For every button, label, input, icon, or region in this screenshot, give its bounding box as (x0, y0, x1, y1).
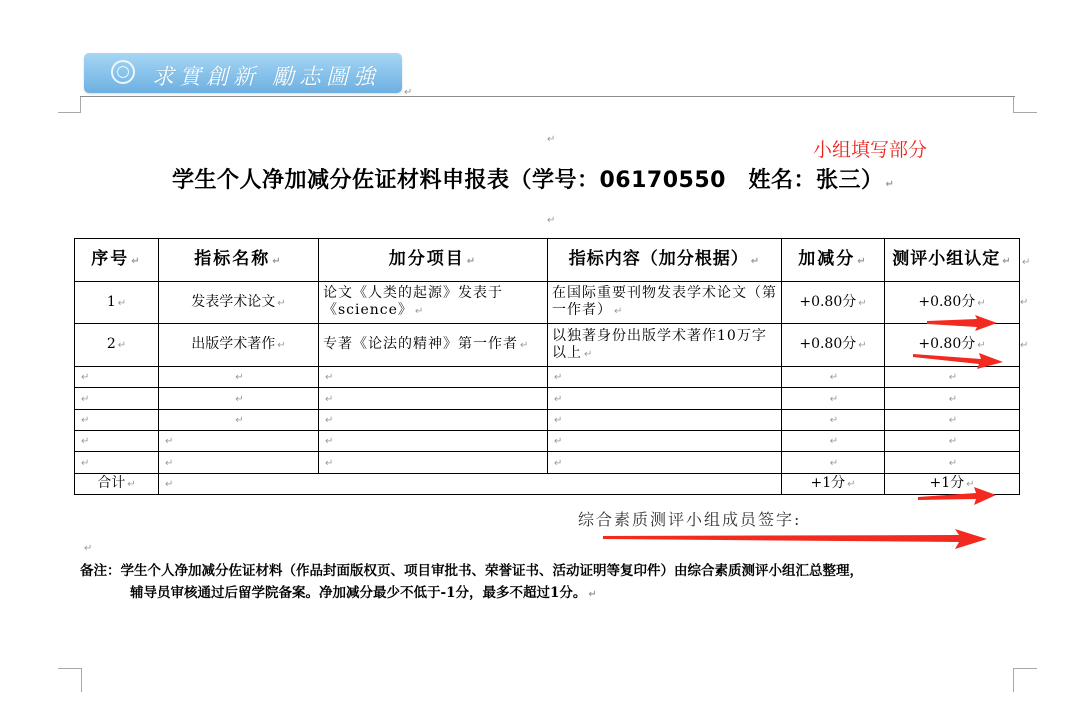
cell-item[interactable]: ↵ (319, 431, 548, 452)
col-header-approved: 测评小组认定↵ (885, 239, 1020, 282)
crop-mark-top-right (1013, 97, 1014, 113)
cell-index[interactable]: 2↵ (75, 324, 159, 367)
cell-item[interactable]: ↵ (319, 410, 548, 431)
cell-index[interactable]: ↵ (75, 452, 159, 474)
cell-score[interactable]: ↵ (782, 388, 885, 410)
cell-approved[interactable]: ↵ (885, 367, 1020, 388)
paragraph-mark: ↵ (1020, 298, 1028, 308)
crop-mark-bottom-left (58, 668, 82, 669)
crop-mark-bottom-right (1013, 668, 1037, 669)
col-header-item: 加分项目↵ (319, 239, 548, 282)
university-emblem-icon (111, 60, 135, 84)
cell-approved[interactable]: ↵ (885, 452, 1020, 474)
red-arrow-icon (603, 529, 987, 549)
remark-line-2: 辅导员审核通过后留学院备案。净加减分最少不低于-1分，最多不超过1分。↵ (80, 582, 1030, 606)
cell-basis[interactable]: 以独著身份出版学术著作10万字以上↵ (548, 324, 782, 367)
group-fill-note: 小组填写部分 (813, 135, 927, 162)
paragraph-mark: ↵ (885, 179, 894, 190)
cell-score[interactable]: ↵ (782, 431, 885, 452)
table-row-empty: ↵ ↵ ↵ ↵ ↵ ↵ (75, 367, 1020, 388)
table-row: 1↵ 发表学术论文↵ 论文《人类的起源》发表于《science》↵ 在国际重要刊… (75, 282, 1020, 324)
cell-index[interactable]: ↵ (75, 410, 159, 431)
cell-approved[interactable]: ↵ (885, 431, 1020, 452)
total-merged-cell[interactable]: ↵ (159, 474, 782, 495)
table-row-empty: ↵ ↵ ↵ ↵ ↵ ↵ (75, 431, 1020, 452)
paragraph-mark: ↵ (547, 216, 555, 226)
header-banner: 求實創新 勵志圖強 (84, 53, 402, 93)
remark-line-1: 备注：学生个人净加减分佐证材料（作品封面版权页、项目审批书、荣誉证书、活动证明等… (80, 563, 863, 579)
cell-basis[interactable]: ↵ (548, 388, 782, 410)
page-title: 学生个人净加减分佐证材料申报表（学号：06170550 姓名：张三）↵ (172, 163, 894, 194)
col-header-score: 加减分↵ (782, 239, 885, 282)
cell-score[interactable]: ↵ (782, 452, 885, 474)
cell-index[interactable]: ↵ (75, 388, 159, 410)
table-row-empty: ↵ ↵ ↵ ↵ ↵ ↵ (75, 388, 1020, 410)
red-arrow-icon (927, 315, 997, 331)
cell-basis[interactable]: ↵ (548, 410, 782, 431)
table-total-row: 合计↵ ↵ +1分↵ +1分↵ (75, 474, 1020, 495)
cell-basis[interactable]: ↵ (548, 452, 782, 474)
paragraph-mark: ↵ (1022, 258, 1030, 268)
declaration-table: 序号↵ 指标名称↵ 加分项目↵ 指标内容（加分根据）↵ 加减分↵ 测评小组认定↵… (74, 238, 1020, 495)
remark-note: 备注：学生个人净加减分佐证材料（作品封面版权页、项目审批书、荣誉证书、活动证明等… (80, 560, 1030, 606)
cell-indicator[interactable]: 发表学术论文↵ (159, 282, 319, 324)
cell-indicator[interactable]: ↵ (159, 388, 319, 410)
table-row-empty: ↵ ↵ ↵ ↵ ↵ ↵ (75, 410, 1020, 431)
col-header-indicator: 指标名称↵ (159, 239, 319, 282)
crop-mark-top-left (80, 97, 81, 113)
red-arrow-icon (913, 351, 1003, 369)
cell-score[interactable]: +0.80分↵ (782, 324, 885, 367)
cell-indicator[interactable]: ↵ (159, 410, 319, 431)
cell-item[interactable]: 论文《人类的起源》发表于《science》↵ (319, 282, 548, 324)
table-header-row: 序号↵ 指标名称↵ 加分项目↵ 指标内容（加分根据）↵ 加减分↵ 测评小组认定↵ (75, 239, 1020, 282)
cell-item[interactable]: 专著《论法的精神》第一作者↵ (319, 324, 548, 367)
table-row-empty: ↵ ↵ ↵ ↵ ↵ ↵ (75, 452, 1020, 474)
cell-index[interactable]: ↵ (75, 367, 159, 388)
cell-score[interactable]: +0.80分↵ (782, 282, 885, 324)
cell-item[interactable]: ↵ (319, 388, 548, 410)
cell-item[interactable]: ↵ (319, 367, 548, 388)
total-label: 合计↵ (75, 474, 159, 495)
crop-mark-bottom-left-v (81, 668, 82, 692)
crop-mark-top-right-h (1013, 112, 1037, 113)
red-arrow-icon (918, 487, 996, 505)
cell-item[interactable]: ↵ (319, 452, 548, 474)
table-row: 2↵ 出版学术著作↵ 专著《论法的精神》第一作者↵ 以独著身份出版学术著作10万… (75, 324, 1020, 367)
cell-index[interactable]: 1↵ (75, 282, 159, 324)
cell-indicator[interactable]: 出版学术著作↵ (159, 324, 319, 367)
paragraph-mark: ↵ (84, 544, 92, 554)
cell-basis[interactable]: ↵ (548, 431, 782, 452)
header-rule (80, 96, 1015, 97)
col-header-basis: 指标内容（加分根据）↵ (548, 239, 782, 282)
cell-basis[interactable]: ↵ (548, 367, 782, 388)
cell-score[interactable]: ↵ (782, 367, 885, 388)
title-text: 学生个人净加减分佐证材料申报表（学号：06170550 姓名：张三） (172, 168, 883, 193)
signature-label: 综合素质测评小组成员签字: (578, 507, 801, 530)
paragraph-mark: ↵ (547, 135, 555, 145)
cell-approved[interactable]: ↵ (885, 388, 1020, 410)
paragraph-mark: ↵ (1020, 341, 1028, 351)
cell-index[interactable]: ↵ (75, 431, 159, 452)
cell-indicator[interactable]: ↵ (159, 431, 319, 452)
total-score[interactable]: +1分↵ (782, 474, 885, 495)
cell-score[interactable]: ↵ (782, 410, 885, 431)
crop-mark-bottom-right-v (1013, 668, 1014, 692)
banner-motto: 求實創新 勵志圖強 (152, 60, 380, 91)
cell-indicator[interactable]: ↵ (159, 367, 319, 388)
cell-basis[interactable]: 在国际重要刊物发表学术论文（第一作者）↵ (548, 282, 782, 324)
cell-approved[interactable]: ↵ (885, 410, 1020, 431)
cell-indicator[interactable]: ↵ (159, 452, 319, 474)
crop-mark-top-left-h (58, 112, 81, 113)
col-header-index: 序号↵ (75, 239, 159, 282)
